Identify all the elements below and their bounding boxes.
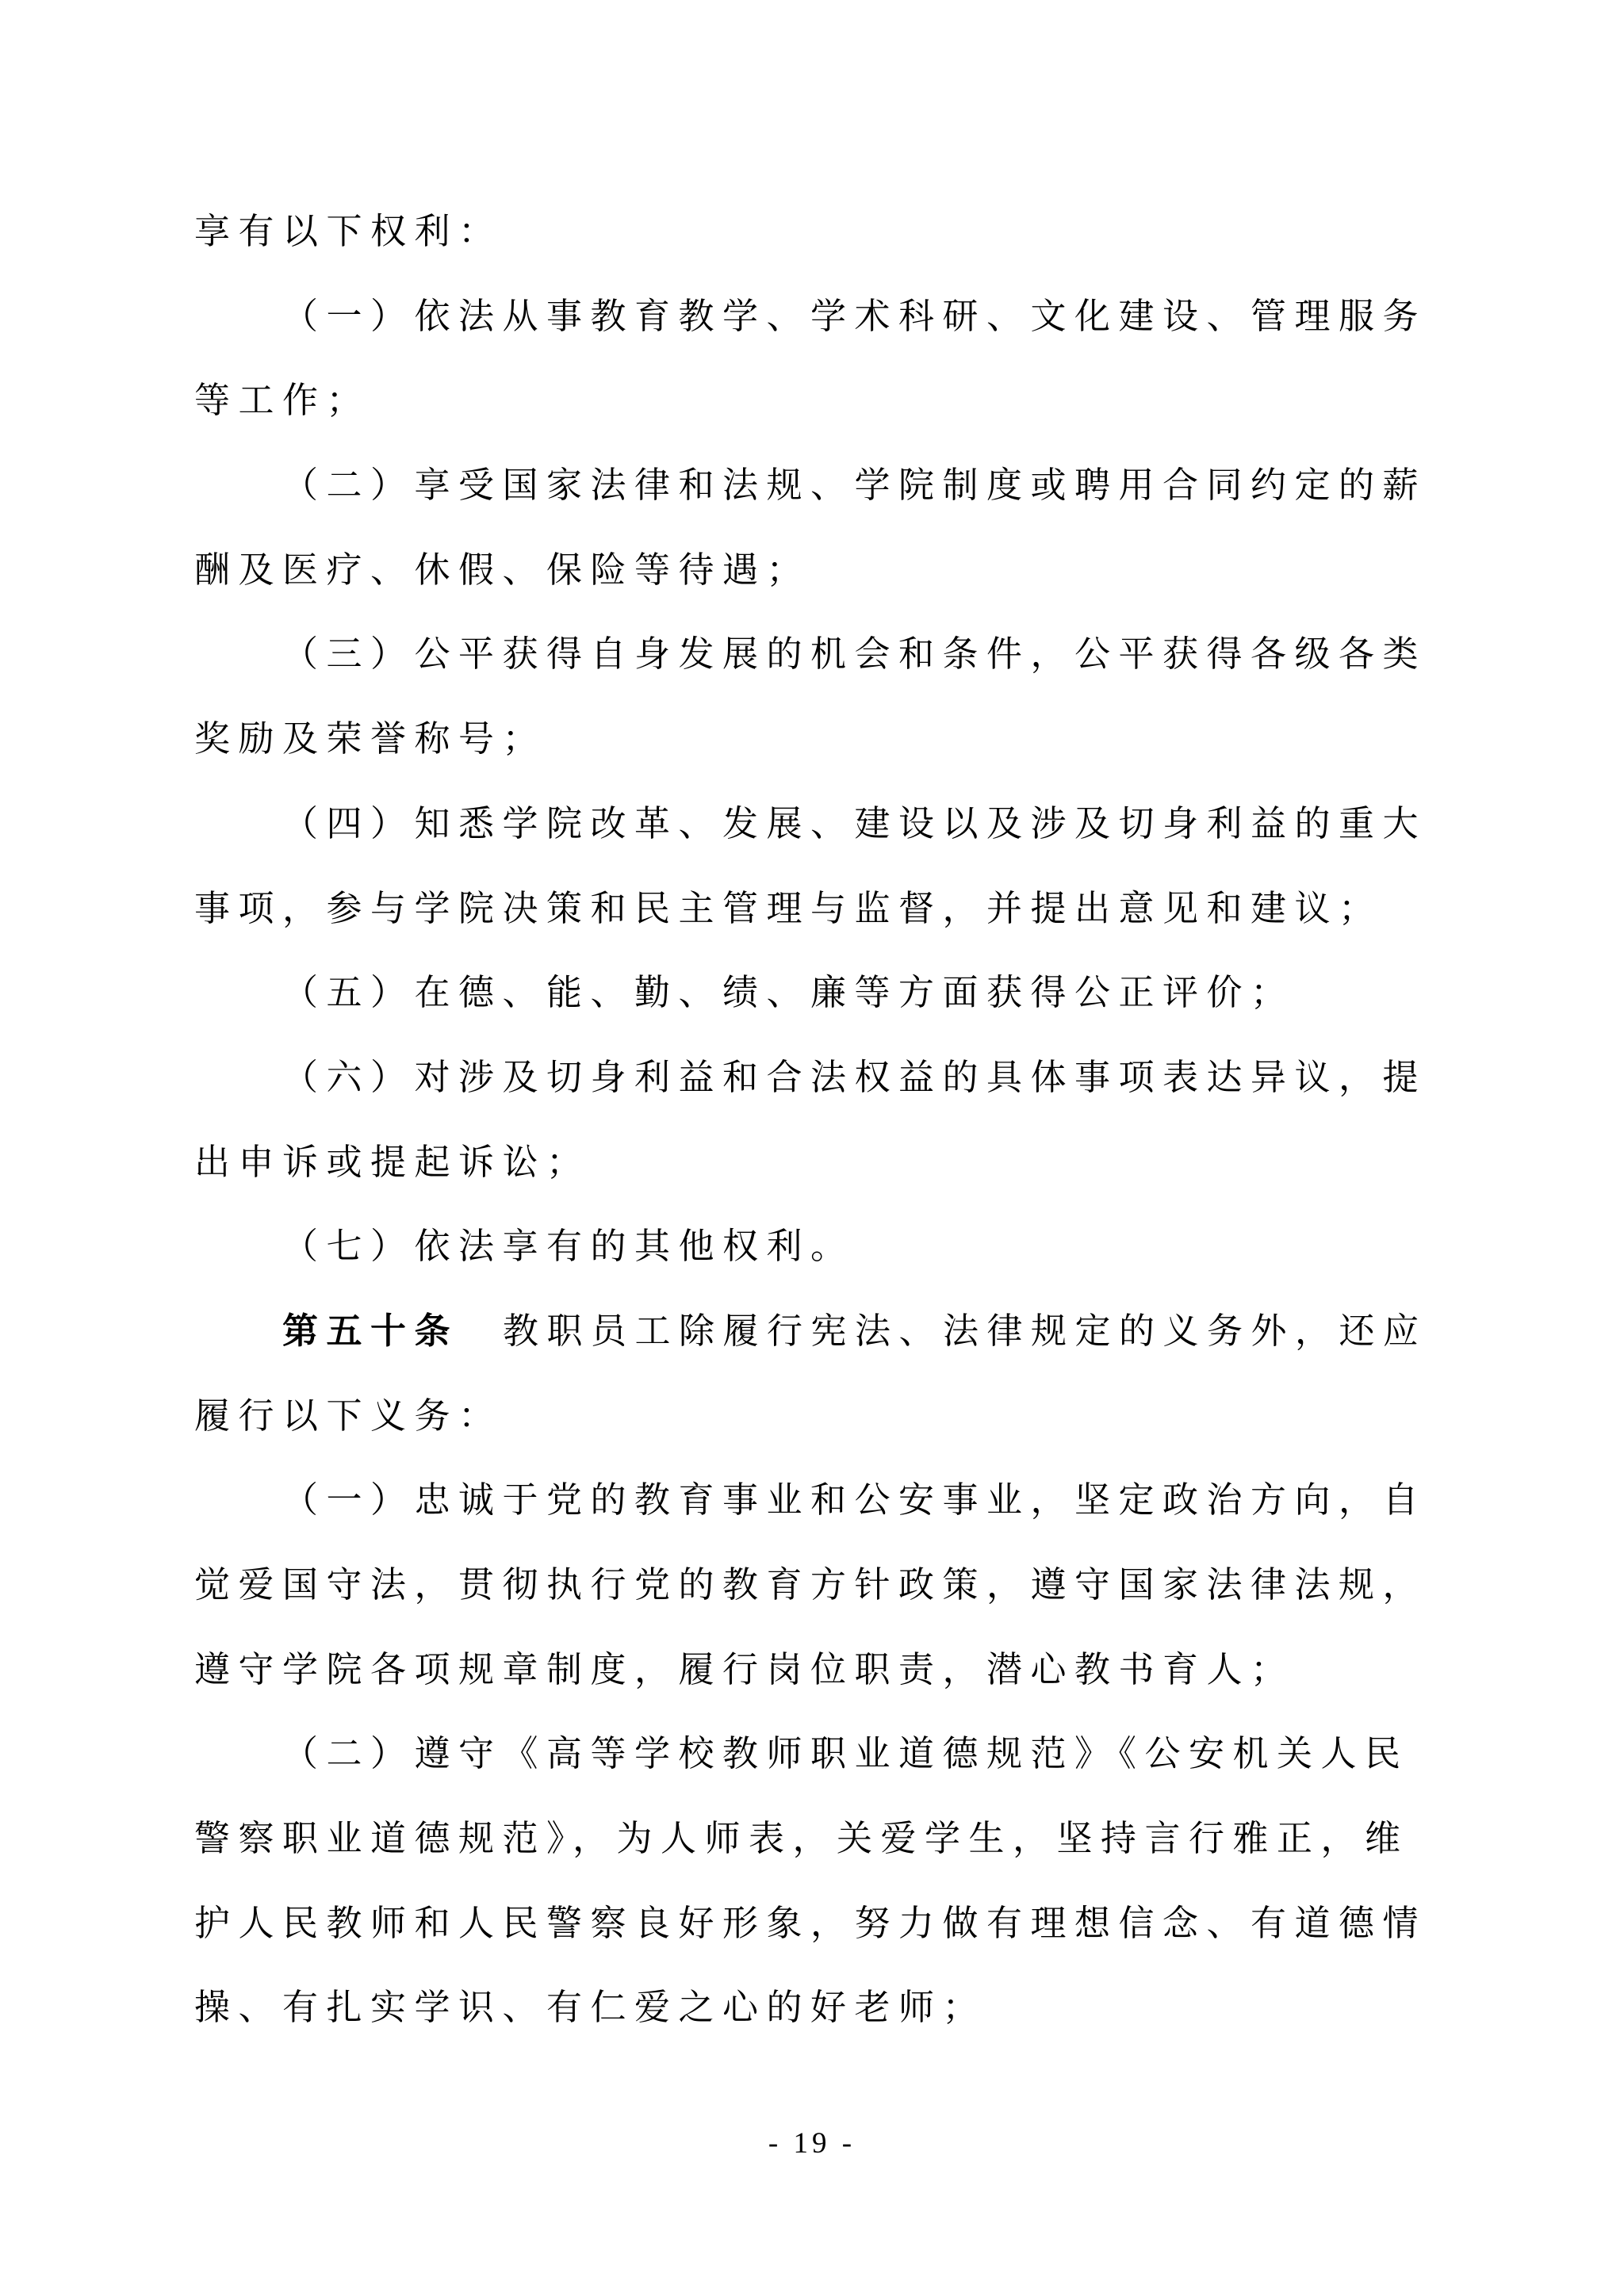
text-line: （七）依法享有的其他权利。 (194, 1204, 1431, 1289)
line-text: 事项，参与学院决策和民主管理与监督，并提出意见和建议； (194, 889, 1383, 928)
line-text: 酬及医疗、休假、保险等待遇； (194, 550, 810, 590)
line-text: （五）在德、能、勤、绩、廉等方面获得公正评价； (282, 973, 1295, 1012)
line-text: 遵守学院各项规章制度，履行岗位职责，潜心教书育人； (194, 1650, 1295, 1689)
text-line: 酬及医疗、休假、保险等待遇； (194, 528, 1431, 613)
line-text: 护人民教师和人民警察良好形象，努力做有理想信念、有道德情 (194, 1904, 1427, 1943)
text-line: （二）遵守《高等学校教师职业道德规范》《公安机关人民 (194, 1712, 1431, 1797)
text-line: 等工作； (194, 358, 1431, 443)
line-text: 出申诉或提起诉讼； (194, 1142, 591, 1182)
line-text: （一）忠诚于党的教育事业和公安事业，坚定政治方向，自 (282, 1480, 1427, 1520)
text-line: 操、有扎实学识、有仁爱之心的好老师； (194, 1965, 1431, 2050)
line-text: 觉爱国守法，贯彻执行党的教育方针政策，遵守国家法律法规， (194, 1565, 1427, 1605)
line-text: 等工作； (194, 381, 370, 420)
line-text: （一）依法从事教育教学、学术科研、文化建设、管理服务 (282, 297, 1427, 336)
text-line: （六）对涉及切身利益和合法权益的具体事项表达异议，提 (194, 1035, 1431, 1120)
text-line: 事项，参与学院决策和民主管理与监督，并提出意见和建议； (194, 867, 1431, 951)
text-line: 奖励及荣誉称号； (194, 697, 1431, 782)
line-text: 履行以下义务： (194, 1396, 503, 1436)
line-text: 奖励及荣誉称号； (194, 719, 546, 759)
text-line: （二）享受国家法律和法规、学院制度或聘用合同约定的薪 (194, 443, 1431, 528)
line-text: （六）对涉及切身利益和合法权益的具体事项表达异议，提 (282, 1058, 1427, 1097)
document-page: 享有以下权利： （一）依法从事教育教学、学术科研、文化建设、管理服务 等工作； … (0, 0, 1624, 2296)
text-line: （一）依法从事教育教学、学术科研、文化建设、管理服务 (194, 274, 1431, 359)
line-text: （三）公平获得自身发展的机会和条件，公平获得各级各类 (282, 634, 1427, 674)
text-line: （三）公平获得自身发展的机会和条件，公平获得各级各类 (194, 612, 1431, 697)
text-line: 护人民教师和人民警察良好形象，努力做有理想信念、有道德情 (194, 1881, 1431, 1966)
line-text: （二）享受国家法律和法规、学院制度或聘用合同约定的薪 (282, 465, 1427, 505)
line-text: （四）知悉学院改革、发展、建设以及涉及切身利益的重大 (282, 804, 1427, 844)
document-body: 享有以下权利： （一）依法从事教育教学、学术科研、文化建设、管理服务 等工作； … (194, 189, 1431, 2050)
page-number: - 19 - (0, 2126, 1624, 2160)
article-number-term: 第五十条 (282, 1311, 458, 1351)
text-line: 觉爱国守法，贯彻执行党的教育方针政策，遵守国家法律法规， (194, 1543, 1431, 1628)
text-line: （一）忠诚于党的教育事业和公安事业，坚定政治方向，自 (194, 1458, 1431, 1543)
text-line: （五）在德、能、勤、绩、廉等方面获得公正评价； (194, 951, 1431, 1035)
text-line: 出申诉或提起诉讼； (194, 1120, 1431, 1205)
text-line: 履行以下义务： (194, 1374, 1431, 1459)
line-text: 享有以下权利： (194, 212, 503, 251)
text-line: 第五十条教职员工除履行宪法、法律规定的义务外，还应 (194, 1289, 1431, 1374)
line-text: （七）依法享有的其他权利。 (282, 1226, 855, 1266)
line-text: （二）遵守《高等学校教师职业道德规范》《公安机关人民 (282, 1734, 1409, 1774)
text-line: 享有以下权利： (194, 189, 1431, 274)
line-text: 操、有扎实学识、有仁爱之心的好老师； (194, 1988, 986, 2027)
text-line: 遵守学院各项规章制度，履行岗位职责，潜心教书育人； (194, 1628, 1431, 1712)
text-line: （四）知悉学院改革、发展、建设以及涉及切身利益的重大 (194, 782, 1431, 867)
text-line: 警察职业道德规范》，为人师表，关爱学生，坚持言行雅正，维 (194, 1797, 1431, 1881)
line-text: 教职员工除履行宪法、法律规定的义务外，还应 (503, 1311, 1427, 1351)
line-text: 警察职业道德规范》，为人师表，关爱学生，坚持言行雅正，维 (194, 1819, 1409, 1858)
